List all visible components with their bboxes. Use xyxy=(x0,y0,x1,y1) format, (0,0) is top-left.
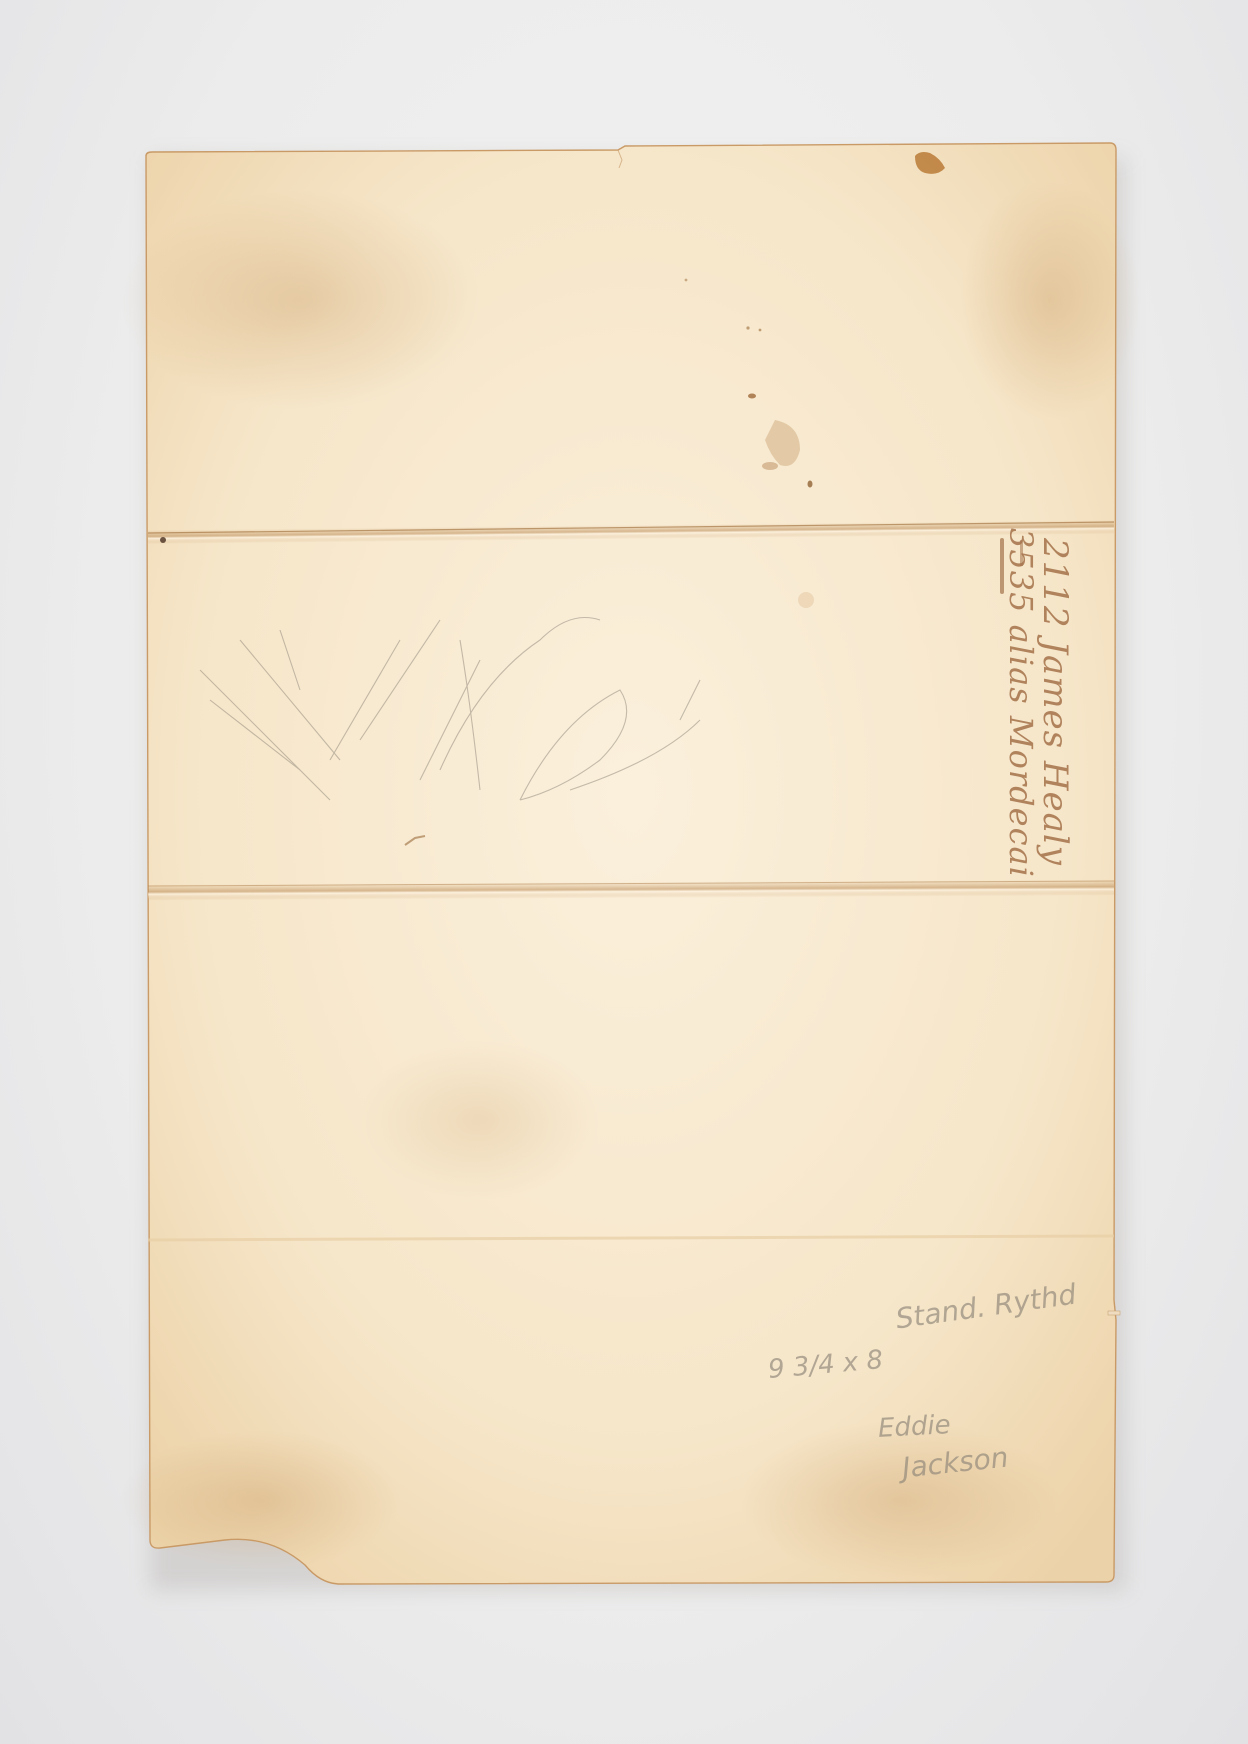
ink-annotation-name: 2112 James Healy xyxy=(1035,538,1075,866)
pencil-annotation-name-first: Eddie xyxy=(877,1410,951,1444)
ink-annotation-alias: 3535 alias Mordecai xyxy=(1002,528,1040,878)
ink-underline-mark xyxy=(1000,538,1004,594)
document-sheet xyxy=(0,0,1248,1744)
ink-dash-mark xyxy=(1020,540,1023,566)
edge-tab xyxy=(1108,1311,1120,1315)
